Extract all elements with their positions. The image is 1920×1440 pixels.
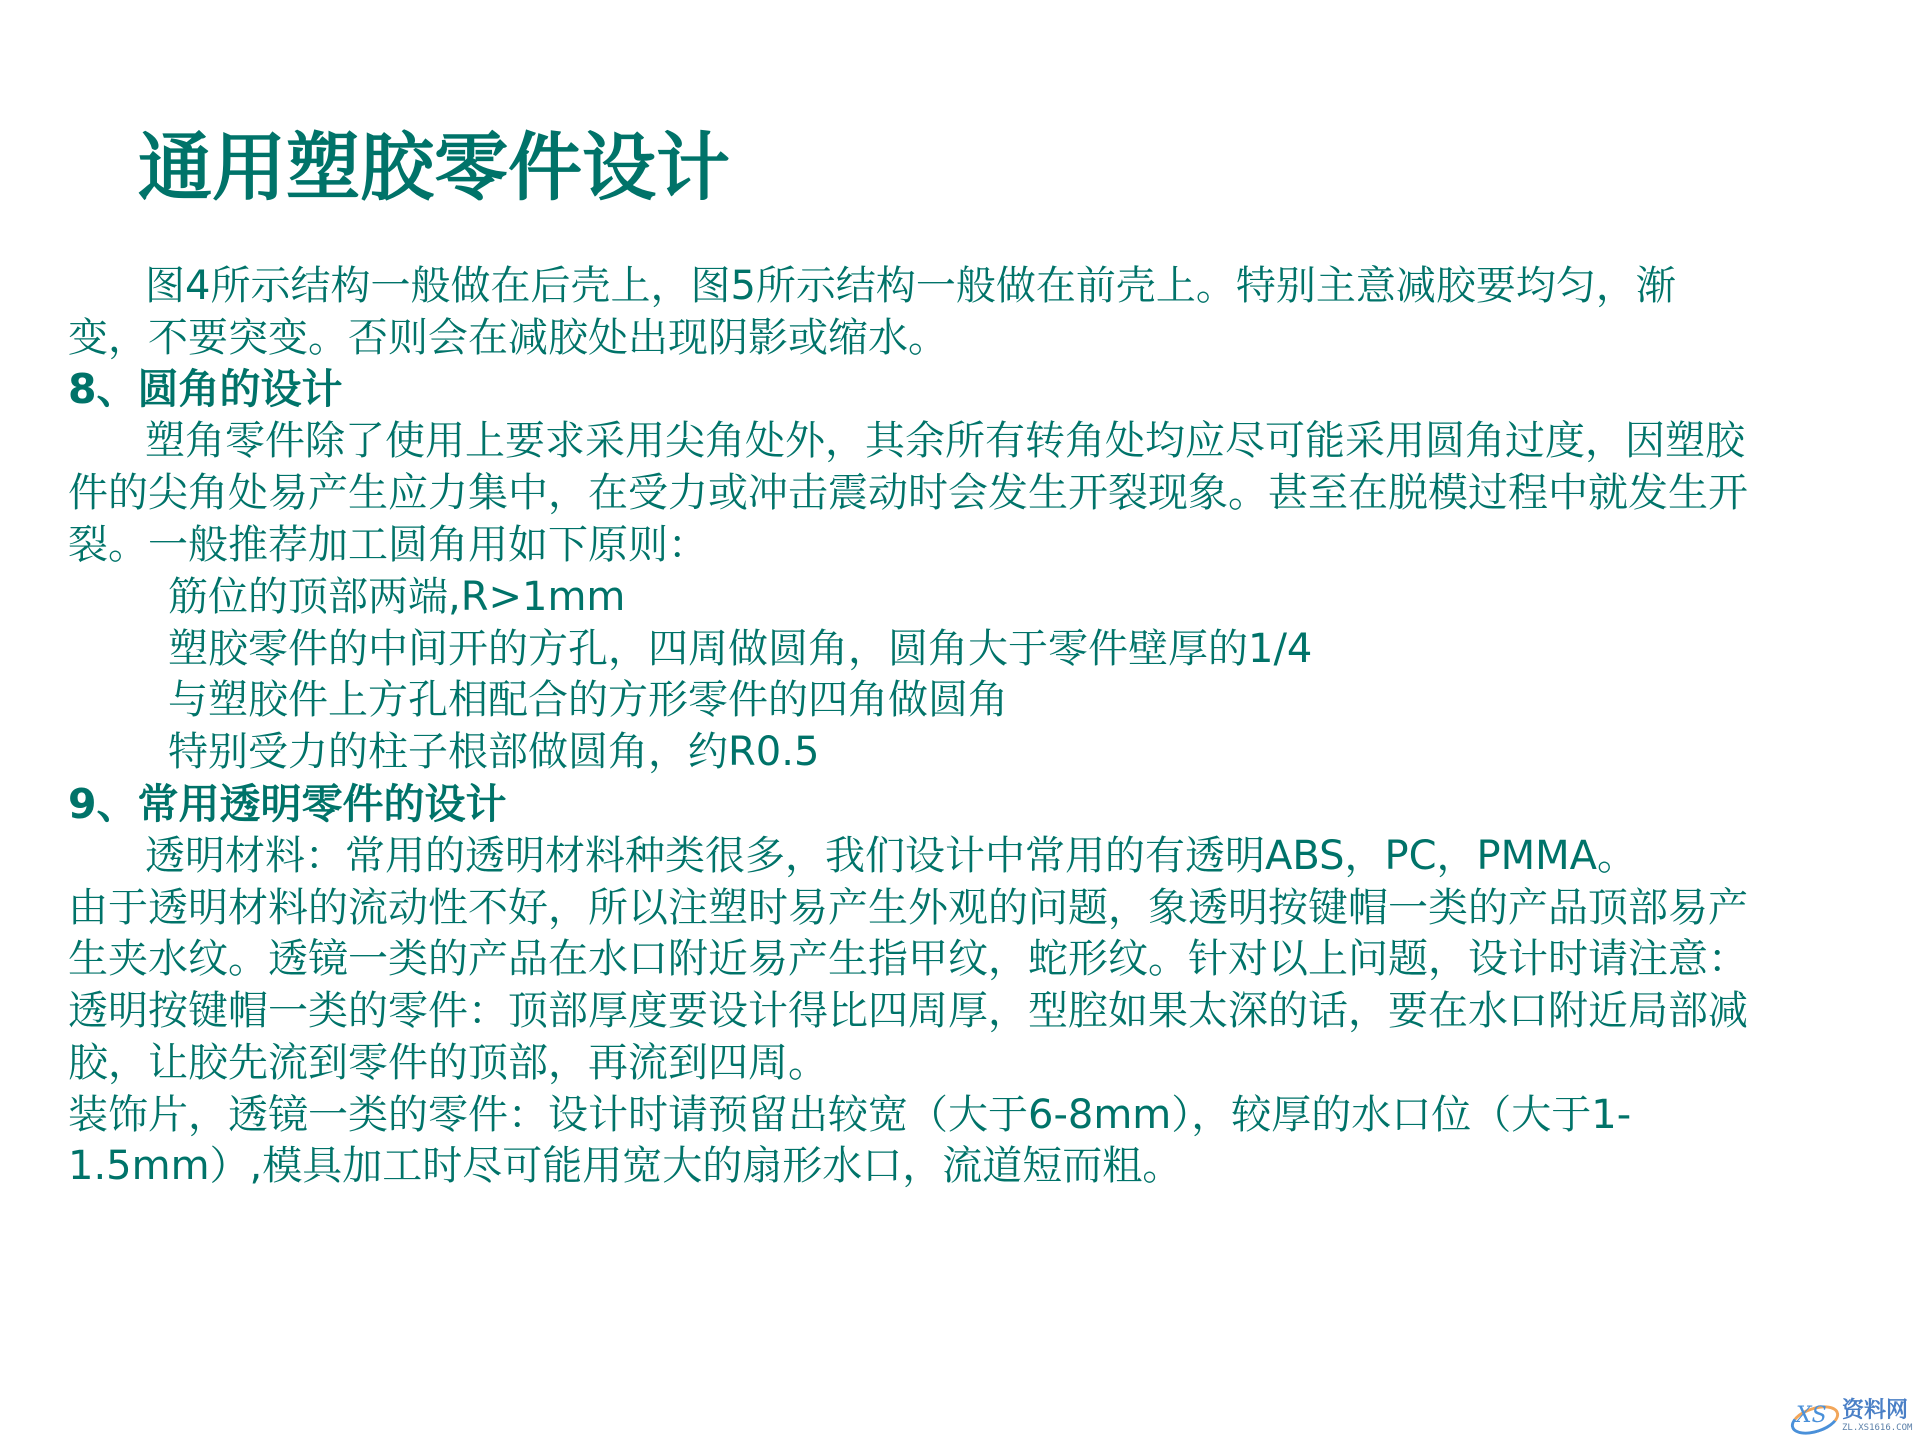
list-item: 塑胶零件的中间开的方孔，四周做圆角，圆角大于零件壁厚的1/4 (168, 623, 1312, 675)
paragraph-line: 塑角零件除了使用上要求采用尖角处外，其余所有转角处均应尽可能采用圆角过度，因塑胶 (145, 415, 1745, 467)
paragraph-line: 变，不要突变。否则会在减胶处出现阴影或缩水。 (68, 312, 948, 364)
section-heading-8: 8、圆角的设计 (68, 363, 343, 415)
section-heading-9: 9、常用透明零件的设计 (68, 778, 507, 830)
paragraph-line: 1.5mm）,模具加工时尽可能用宽大的扇形水口，流道短而粗。 (68, 1140, 1182, 1192)
paragraph-line: 裂。一般推荐加工圆角用如下原则： (68, 519, 708, 571)
watermark: XS 资料网 ZL.XS1616.COM (1788, 1396, 1918, 1436)
paragraph-line: 件的尖角处易产生应力集中，在受力或冲击震动时会发生开裂现象。甚至在脱模过程中就发… (68, 467, 1748, 519)
paragraph-line: 透明材料：常用的透明材料种类很多，我们设计中常用的有透明ABS，PC，PMMA。 (145, 830, 1637, 882)
slide-title: 通用塑胶零件设计 (138, 118, 730, 218)
xs-logo-icon: XS (1788, 1399, 1838, 1433)
paragraph-line: 图4所示结构一般做在后壳上，图5所示结构一般做在前壳上。特别主意减胶要均匀，渐 (145, 260, 1676, 312)
paragraph-line: 由于透明材料的流动性不好，所以注塑时易产生外观的问题，象透明按键帽一类的产品顶部… (68, 882, 1748, 934)
paragraph-line: 生夹水纹。透镜一类的产品在水口附近易产生指甲纹，蛇形纹。针对以上问题，设计时请注… (68, 933, 1748, 985)
watermark-site-name: 资料网 (1842, 1400, 1912, 1422)
list-item: 特别受力的柱子根部做圆角，约R0.5 (168, 726, 819, 778)
paragraph-line: 胶，让胶先流到零件的顶部，再流到四周。 (68, 1037, 828, 1089)
paragraph-line: 装饰片，透镜一类的零件：设计时请预留出较宽（大于6-8mm），较厚的水口位（大于… (68, 1089, 1631, 1141)
watermark-url: ZL.XS1616.COM (1842, 1424, 1912, 1433)
list-item: 与塑胶件上方孔相配合的方形零件的四角做圆角 (168, 674, 1008, 726)
list-item: 筋位的顶部两端,R>1mm (168, 571, 625, 623)
paragraph-line: 透明按键帽一类的零件：顶部厚度要设计得比四周厚，型腔如果太深的话，要在水口附近局… (68, 985, 1748, 1037)
